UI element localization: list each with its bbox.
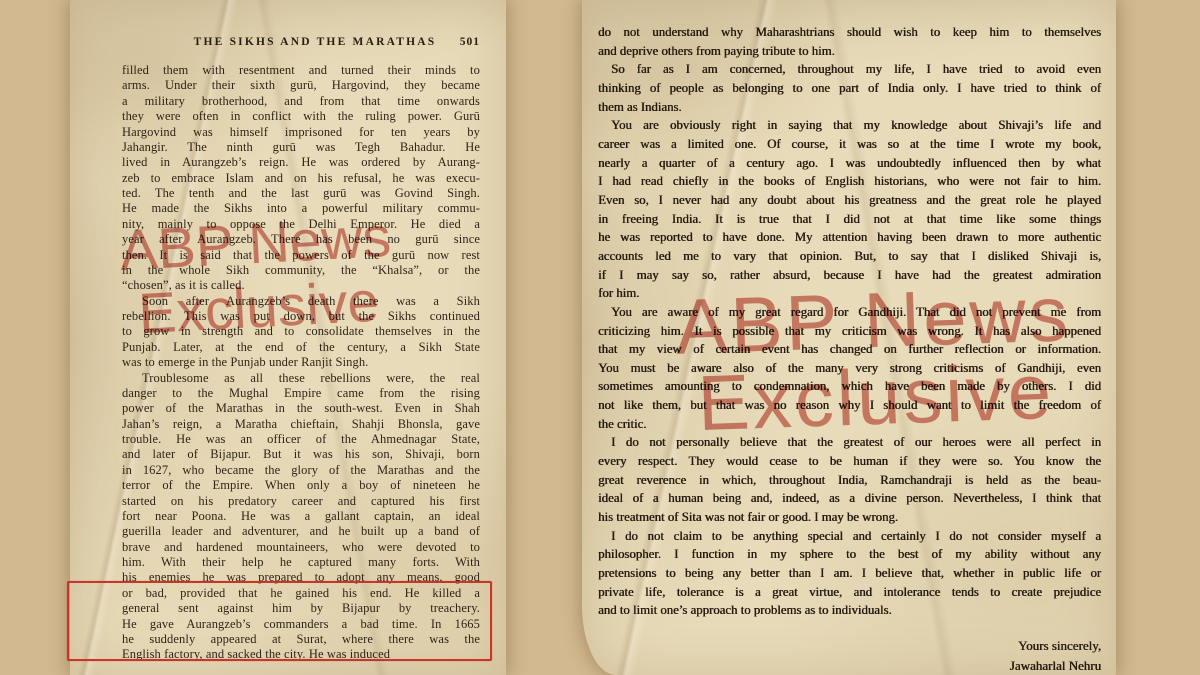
text-line: rebellion. This was put down, but the Si… [122, 309, 480, 324]
text-line: pretensions to being any better than I a… [598, 564, 1101, 583]
text-line: Troublesome as all these rebellions were… [122, 371, 480, 386]
running-title: THE SIKHS AND THE MARATHAS [136, 36, 494, 48]
text-line: You are aware of my great regard for Gan… [598, 303, 1101, 322]
signature-block: Yours sincerely, Jawaharlal Nehru [598, 636, 1101, 675]
text-line: for him. [598, 284, 1101, 303]
text-line: he was reported to have done. My attenti… [598, 228, 1101, 247]
right-letter-page: do not understand why Maharashtrians sho… [582, 0, 1116, 675]
text-line: You must be aware also of the many very … [598, 359, 1101, 378]
text-line: brave and hardened mountaineers, who wer… [122, 540, 480, 555]
text-line: to grow in strength and to consolidate t… [122, 324, 480, 339]
text-line: lived in Aurangzeb’s reign. He was order… [122, 155, 480, 170]
text-line: philosopher. I function in my sphere to … [598, 545, 1101, 564]
paragraph: So far as I am concerned, throughout my … [598, 60, 1101, 116]
text-line: his treatment of Sita was not fair or go… [598, 508, 1101, 527]
text-line: trouble. He was an officer of the Ahmedn… [122, 432, 480, 447]
signature-closing: Yours sincerely, [598, 636, 1101, 656]
text-line: Hargovind was himself imprisoned for ten… [122, 125, 480, 140]
paragraph: filled them with resentment and turned t… [122, 63, 480, 294]
text-line: him. With their help he captured many fo… [122, 555, 480, 570]
red-highlight-rectangle [67, 581, 492, 661]
text-line: ted. The tenth and the last gurū was Gov… [122, 186, 480, 201]
text-line: ideal of a human being and, indeed, as a… [598, 489, 1101, 508]
page-number: 501 [460, 36, 480, 48]
text-line: them as Indians. [598, 98, 1101, 117]
text-line: “chosen”, as it is called. [122, 278, 480, 293]
text-line: power of the Marathas in the south-west.… [122, 401, 480, 416]
text-line: fort near Poona. He was a gallant captai… [122, 509, 480, 524]
text-line: and later of Bijapur. But it was his son… [122, 447, 480, 462]
text-line: and deprive others from paying tribute t… [598, 42, 1101, 61]
text-line: You are obviously right in saying that m… [598, 116, 1101, 135]
text-line: if I may say so, rather absurd, because … [598, 266, 1101, 285]
text-line: do not understand why Maharashtrians sho… [598, 23, 1101, 42]
text-line: I do not personally believe that the gre… [598, 433, 1101, 452]
text-line: not like them, but that was no reason wh… [598, 396, 1101, 415]
text-line: nity, mainly to oppose the Delhi Emperor… [122, 217, 480, 232]
paragraph: You are obviously right in saying that m… [598, 116, 1101, 303]
text-line: they were often in conflict with the rul… [122, 109, 480, 124]
signature-name: Jawaharlal Nehru [598, 656, 1101, 675]
paragraph: do not understand why Maharashtrians sho… [598, 23, 1101, 60]
running-head: THE SIKHS AND THE MARATHAS 501 [122, 36, 480, 48]
text-line: Punjab. Later, at the end of the century… [122, 340, 480, 355]
paragraph: I do not claim to be anything special an… [598, 527, 1101, 620]
paragraph: Soon after Aurangzeb’s death there was a… [122, 294, 480, 371]
text-line: every respect. They would cease to be hu… [598, 452, 1101, 471]
right-page-text-column: do not understand why Maharashtrians sho… [598, 23, 1101, 675]
text-line: I had read chiefly in the books of Engli… [598, 172, 1101, 191]
text-line: then. It is said that the powers of the … [122, 248, 480, 263]
text-line: arms. Under their sixth gurū, Hargovind,… [122, 78, 480, 93]
text-line: Even so, I never had any doubt about his… [598, 191, 1101, 210]
left-page-text-column: filled them with resentment and turned t… [122, 63, 480, 663]
text-line: I do not claim to be anything special an… [598, 527, 1101, 546]
text-line: started on his predatory career and capt… [122, 494, 480, 509]
text-line: was to emerge in the Punjab under Ranjit… [122, 355, 480, 370]
text-line: thinking of people as belonging to one p… [598, 79, 1101, 98]
text-line: He made the Sikhs into a powerful milita… [122, 201, 480, 216]
text-line: zeb to embrace Islam and on his refusal,… [122, 171, 480, 186]
text-line: So far as I am concerned, throughout my … [598, 60, 1101, 79]
text-line: guerilla leader and adventurer, and he b… [122, 524, 480, 539]
paragraph: You are aware of my great regard for Gan… [598, 303, 1101, 434]
text-line: nearly a quarter of a century ago. I was… [598, 154, 1101, 173]
text-line: in the whole Sikh community, the “Khalsa… [122, 263, 480, 278]
text-line: criticizing him. It is possible that my … [598, 322, 1101, 341]
text-line: Soon after Aurangzeb’s death there was a… [122, 294, 480, 309]
text-line: filled them with resentment and turned t… [122, 63, 480, 78]
paragraph: I do not personally believe that the gre… [598, 433, 1101, 526]
screenshot-root: THE SIKHS AND THE MARATHAS 501 filled th… [0, 0, 1200, 675]
text-line: private life, tolerance is a great virtu… [598, 583, 1101, 602]
text-line: Jahan’s reign, a Maratha chieftain, Shah… [122, 417, 480, 432]
text-line: Jahangir. The ninth gurū was Tegh Bahadu… [122, 140, 480, 155]
text-line: terror of the Empire. When only a boy of… [122, 478, 480, 493]
text-line: career was a limited one. Of course, it … [598, 135, 1101, 154]
text-line: in 1627, who became the glory of the Mar… [122, 463, 480, 478]
text-line: sometimes amounting to condemnation, whi… [598, 377, 1101, 396]
text-line: danger to the Mughal Empire came from th… [122, 386, 480, 401]
text-line: in freeing India. It is true that I did … [598, 210, 1101, 229]
text-line: the critic. [598, 415, 1101, 434]
text-line: that my view of certain event has change… [598, 340, 1101, 359]
text-line: a military brotherhood, and from that ti… [122, 94, 480, 109]
text-line: year after Aurangzeb. There has been no … [122, 232, 480, 247]
text-line: accounts led me to vary that opinion. Bu… [598, 247, 1101, 266]
text-line: great reverence in which, throughout Ind… [598, 471, 1101, 490]
text-line: and to limit one’s approach to problems … [598, 601, 1101, 620]
left-book-page: THE SIKHS AND THE MARATHAS 501 filled th… [70, 0, 506, 675]
